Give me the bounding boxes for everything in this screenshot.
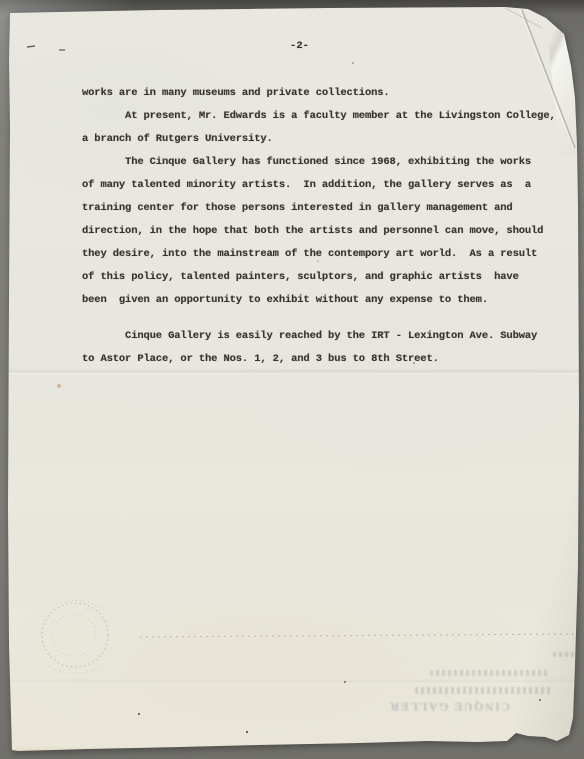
typed-line: of this policy, talented painters, sculp…: [82, 266, 560, 289]
typed-line: training center for those persons intere…: [82, 197, 560, 220]
bleedthrough-smudge: [553, 652, 579, 657]
typed-line: been given an opportunity to exhibit wit…: [82, 289, 560, 312]
bleedthrough-smudge: [415, 687, 551, 694]
fold-crease-line: [505, 8, 542, 28]
horizontal-crease: [8, 678, 579, 686]
dotted-crease-line: [140, 634, 578, 637]
typed-line: The Cinque Gallery has functioned since …: [82, 151, 560, 174]
foxing-spot: [57, 384, 61, 388]
typed-line: direction, in the hope that both the art…: [82, 220, 560, 243]
bleedthrough-smudge: [430, 670, 548, 676]
typed-line: works are in many museums and private co…: [82, 82, 560, 105]
typed-text: works are in many museums and private co…: [82, 82, 560, 371]
document-page: -2- works are in many museums and privat…: [8, 6, 579, 751]
stamp-mark: [42, 600, 108, 673]
typed-line: a branch of Rutgers University.: [82, 128, 560, 151]
typed-line: to Astor Place, or the Nos. 1, 2, and 3 …: [82, 348, 560, 371]
photo-backdrop: -2- works are in many museums and privat…: [0, 0, 584, 759]
page-number: -2-: [8, 40, 579, 52]
typed-line: At present, Mr. Edwards is a faculty mem…: [82, 105, 560, 128]
typed-line: of many talented minority artists. In ad…: [82, 174, 560, 197]
bleedthrough-text: CINQUE GALLERY: [388, 698, 510, 714]
typed-line: Cinque Gallery is easily reached by the …: [82, 325, 560, 348]
typed-line: they desire, into the mainstream of the …: [82, 243, 560, 266]
